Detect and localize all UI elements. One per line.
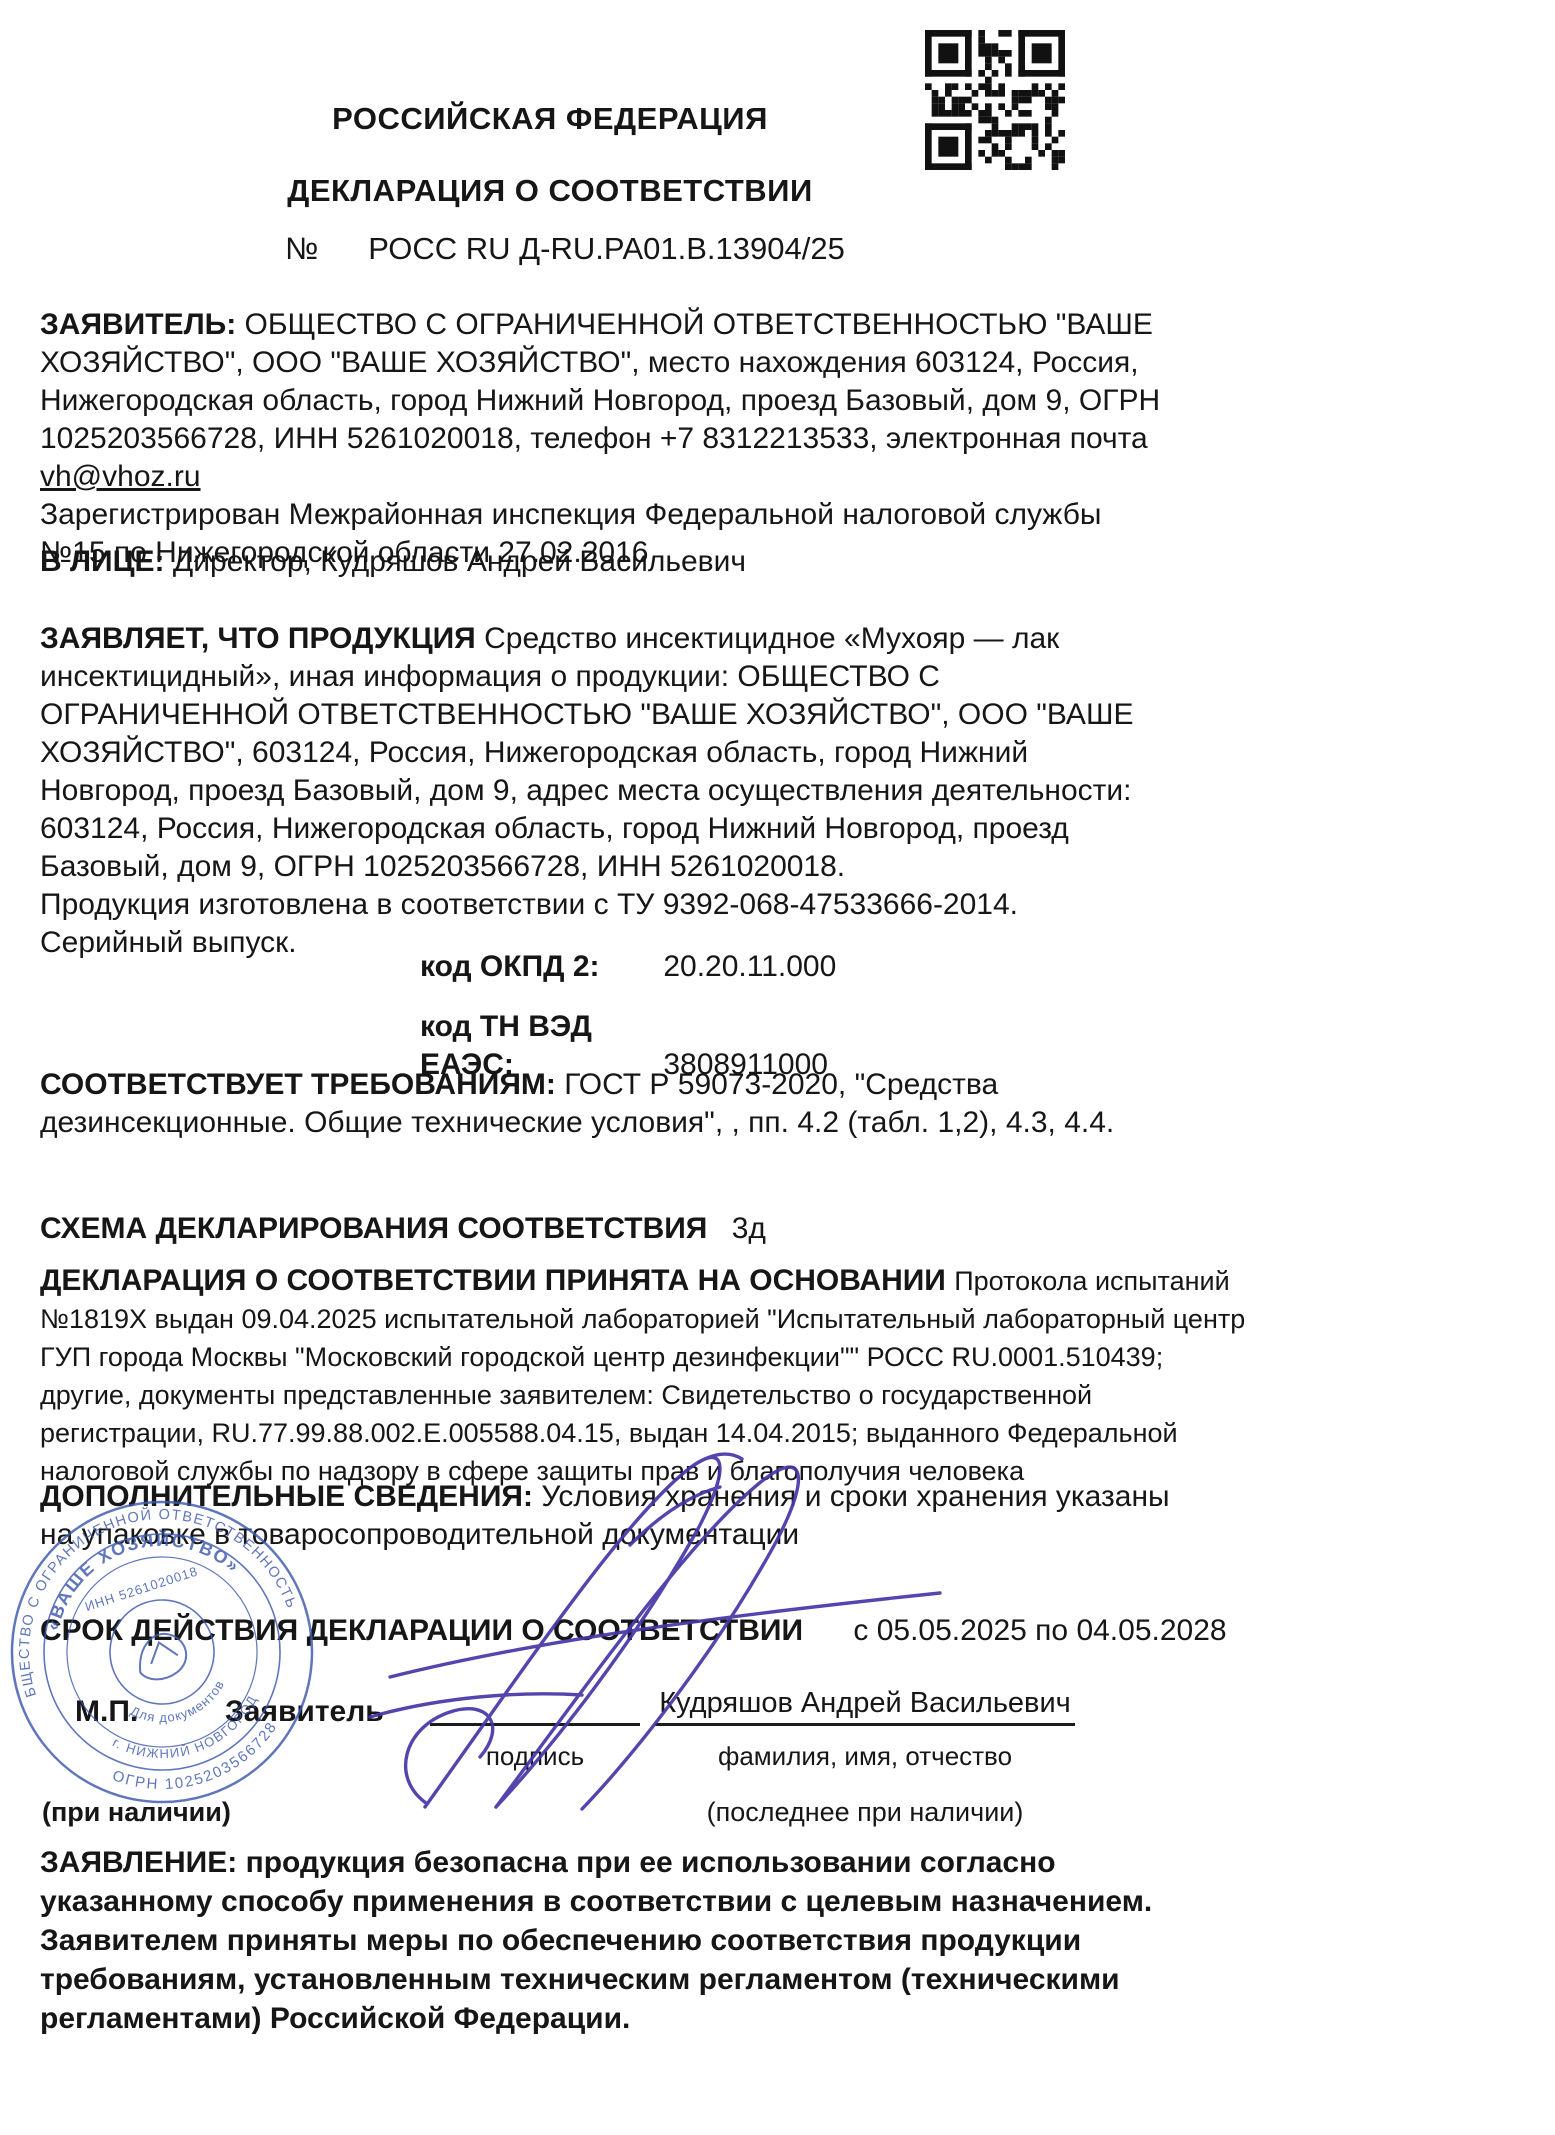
stamp-outer-text: ОБЩЕСТВО С ОГРАНИЧЕННОЙ ОТВЕТСТВЕННОСТЬЮ	[0, 1490, 301, 1707]
scheme-value: 3д	[732, 1212, 766, 1245]
statement-label: ЗАЯВЛЕНИЕ:	[40, 1846, 237, 1879]
compliance-label: СООТВЕТСТВУЕТ ТРЕБОВАНИЯМ:	[40, 1068, 556, 1101]
product-text: Средство инсектицидное «Мухояр — лак инс…	[40, 622, 1133, 883]
compliance-section: СООТВЕТСТВУЕТ ТРЕБОВАНИЯМ: ГОСТ Р 59073-…	[40, 1066, 1230, 1142]
country-title: РОССИЙСКАЯ ФЕДЕРАЦИЯ	[0, 100, 1100, 138]
basis-label: ДЕКЛАРАЦИЯ О СООТВЕТСТВИИ ПРИНЯТА НА ОСН…	[40, 1264, 946, 1297]
applicant-label: ЗАЯВИТЕЛЬ:	[40, 308, 236, 341]
product-manufactured: Продукция изготовлена в соответствии с Т…	[40, 886, 1170, 924]
applicant-email-link[interactable]: vh@vhoz.ru	[40, 460, 201, 493]
company-stamp: ОБЩЕСТВО С ОГРАНИЧЕННОЙ ОТВЕТСТВЕННОСТЬЮ…	[0, 1490, 324, 1814]
company-stamp-icon: ОБЩЕСТВО С ОГРАНИЧЕННОЙ ОТВЕТСТВЕННОСТЬЮ…	[0, 1490, 324, 1814]
page-title: ДЕКЛАРАЦИЯ О СООТВЕТСТВИИ	[0, 172, 1100, 210]
scheme-section: СХЕМА ДЕКЛАРИРОВАНИЯ СООТВЕТСТВИЯ 3д	[40, 1210, 766, 1248]
declaration-number: РОСС RU Д-RU.РА01.В.13904/25	[368, 231, 845, 266]
representative-label: В ЛИЦЕ:	[40, 545, 165, 578]
representative-section: В ЛИЦЕ: Директор, Кудряшов Андрей Василь…	[40, 543, 1165, 581]
statement-section: ЗАЯВЛЕНИЕ: продукция безопасна при ее ис…	[40, 1843, 1165, 2038]
number-label: №	[285, 231, 318, 266]
okpd-row: код ОКПД 2: 20.20.11.000	[420, 948, 836, 986]
handwritten-signature	[330, 1425, 1010, 1825]
svg-text:ОБЩЕСТВО С ОГРАНИЧЕННОЙ ОТВЕТС: ОБЩЕСТВО С ОГРАНИЧЕННОЙ ОТВЕТСТВЕННОСТЬЮ	[0, 1490, 301, 1707]
stamp-emblem-icon	[131, 1628, 192, 1685]
stamp-emblem-roof-icon	[146, 1638, 178, 1664]
declaration-number-row: №РОСС RU Д-RU.РА01.В.13904/25	[285, 230, 845, 268]
declaration-document: РОССИЙСКАЯ ФЕДЕРАЦИЯ ДЕКЛАРАЦИЯ О СООТВЕ…	[0, 0, 1555, 2135]
product-label: ЗАЯВЛЯЕТ, ЧТО ПРОДУКЦИЯ	[40, 622, 476, 655]
stamp-inn-text: ИНН 5261020018	[83, 1563, 200, 1614]
applicant-section: ЗАЯВИТЕЛЬ: ОБЩЕСТВО С ОГРАНИЧЕННОЙ ОТВЕТ…	[40, 306, 1165, 572]
representative-text: Директор, Кудряшов Андрей Васильевич	[173, 545, 746, 578]
product-section: ЗАЯВЛЯЕТ, ЧТО ПРОДУКЦИЯ Средство инсекти…	[40, 620, 1170, 962]
signature-ink-icon	[330, 1425, 1010, 1825]
okpd-value: 20.20.11.000	[663, 950, 836, 983]
scheme-label: СХЕМА ДЕКЛАРИРОВАНИЯ СООТВЕТСТВИЯ	[40, 1212, 707, 1245]
okpd-label: код ОКПД 2:	[420, 948, 655, 986]
